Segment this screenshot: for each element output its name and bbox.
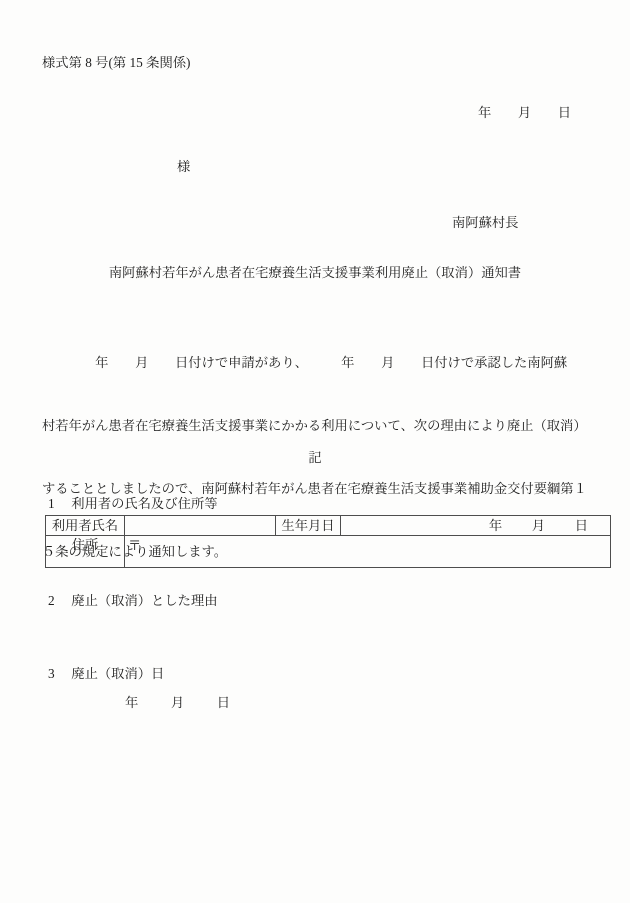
birth-date-label-cell: 生年月日 xyxy=(276,516,341,536)
body-line: 年 月 日付けで申請があり、 年 月 日付けで承認した南阿蘇 xyxy=(42,349,587,376)
form-number: 様式第 8 号(第 15 条関係) xyxy=(42,54,190,72)
section-3-heading: 3 廃止（取消）日 xyxy=(48,665,164,683)
issue-date-line: 年 月 日 xyxy=(478,104,571,122)
table-row: 利用者氏名 生年月日 年 月 日 xyxy=(46,516,611,536)
address-value-cell: 〒 xyxy=(125,536,611,568)
ki-marker: 記 xyxy=(0,449,630,467)
cancellation-date-line: 年 月 日 xyxy=(125,694,232,712)
user-info-table: 利用者氏名 生年月日 年 月 日 住所 〒 xyxy=(45,515,611,568)
table-row: 住所 〒 xyxy=(46,536,611,568)
body-line: 村若年がん患者在宅療養生活支援事業にかかる利用について、次の理由により廃止（取消… xyxy=(42,412,587,439)
user-name-value-cell xyxy=(125,516,276,536)
address-label-cell: 住所 xyxy=(46,536,125,568)
addressee-honorific: 様 xyxy=(177,158,190,176)
section-1-heading: 1 利用者の氏名及び住所等 xyxy=(48,495,218,513)
sender-title: 南阿蘇村長 xyxy=(452,214,518,232)
birth-date-value-cell: 年 月 日 xyxy=(341,516,611,536)
user-name-label-cell: 利用者氏名 xyxy=(46,516,125,536)
postal-mark: 〒 xyxy=(128,538,141,553)
notice-document-page: 様式第 8 号(第 15 条関係) 年 月 日 様 南阿蘇村長 南阿蘇村若年がん… xyxy=(0,0,630,903)
section-2-heading: 2 廃止（取消）とした理由 xyxy=(48,592,218,610)
document-title: 南阿蘇村若年がん患者在宅療養生活支援事業利用廃止（取消）通知書 xyxy=(0,264,630,282)
